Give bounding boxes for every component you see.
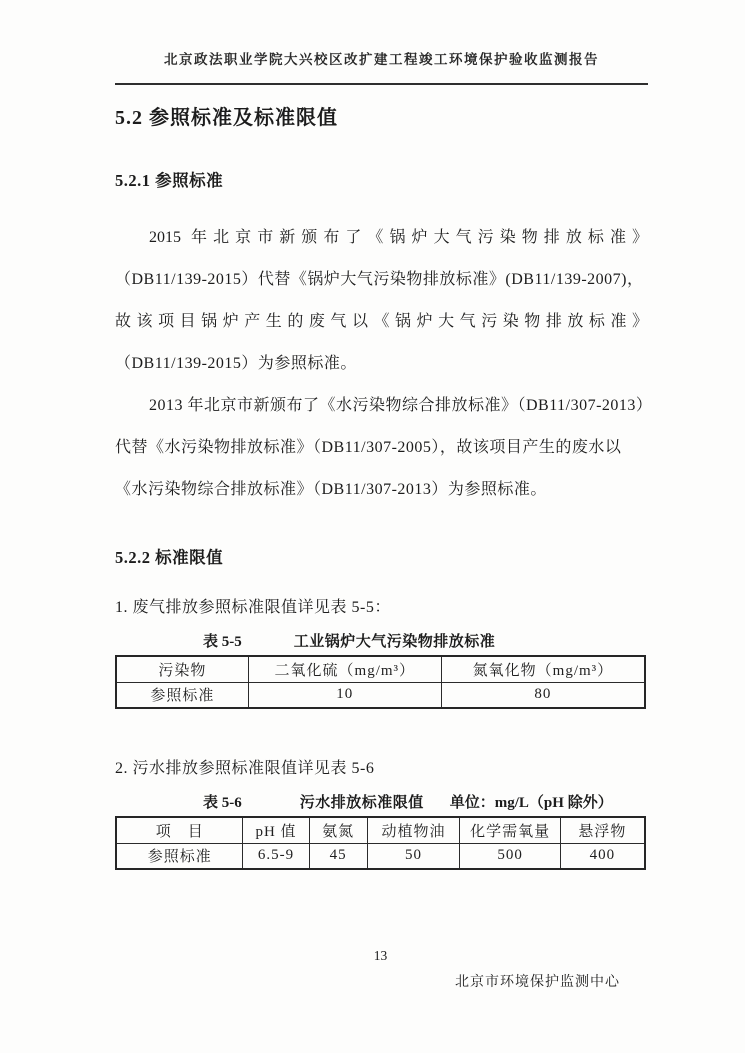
table-cell: 80 [441, 682, 645, 708]
table-cell: 参照标准 [116, 843, 243, 869]
table-row: 污染物 二氧化硫（mg/m³） 氮氧化物（mg/m³） [116, 656, 645, 682]
section-5-2-1-heading: 5.2.1 参照标准 [115, 167, 648, 191]
table-cell: 500 [460, 843, 561, 869]
table-5-5-caption: 表 5-5 工业锅炉大气污染物排放标准 [115, 630, 648, 651]
table-5-6-caption: 表 5-6 污水排放标准限值 单位：mg/L（pH 除外） [115, 791, 648, 812]
paragraph-boiler-standard: 2015 年北京市新颁布了《锅炉大气污染物排放标准》 （DB11/139-201… [115, 217, 648, 385]
table-cell: 10 [248, 682, 441, 708]
paragraph-line: （DB11/139-2015）代替《锅炉大气污染物排放标准》(DB11/139-… [115, 259, 648, 301]
table-header-cell: 化学需氧量 [460, 817, 561, 843]
header-rule [115, 83, 648, 85]
table-cell: 400 [560, 843, 645, 869]
paragraph-line: （DB11/139-2015）为参照标准。 [115, 343, 648, 385]
table-cell: 45 [309, 843, 367, 869]
section-5-2-heading: 5.2 参照标准及标准限值 [115, 101, 648, 130]
section-5-2-2-heading: 5.2.2 标准限值 [115, 544, 648, 568]
table-cell: 6.5-9 [243, 843, 309, 869]
list-item-exhaust: 1. 废气排放参照标准限值详见表 5-5： [115, 594, 648, 617]
table-5-5: 污染物 二氧化硫（mg/m³） 氮氧化物（mg/m³） 参照标准 10 80 [115, 655, 646, 709]
table-cell: 参照标准 [116, 682, 248, 708]
table-header-cell: 悬浮物 [560, 817, 645, 843]
table-header-cell: 污染物 [116, 656, 248, 682]
table-5-5-label: 表 5-5 [203, 630, 242, 651]
table-header-cell: 二氧化硫（mg/m³） [248, 656, 441, 682]
paragraph-line: 代替《水污染物排放标准》（DB11/307-2005），故该项目产生的废水以 [115, 427, 648, 469]
paragraph-line: 2015 年北京市新颁布了《锅炉大气污染物排放标准》 [115, 217, 648, 259]
table-row: 项 目 pH 值 氨氮 动植物油 化学需氧量 悬浮物 [116, 817, 645, 843]
footer-organization: 北京市环境保护监测中心 [115, 971, 620, 991]
table-5-6-title: 污水排放标准限值 [300, 791, 424, 812]
table-row: 参照标准 10 80 [116, 682, 645, 708]
paragraph-line: 故该项目锅炉产生的废气以《锅炉大气污染物排放标准》 [115, 301, 648, 343]
table-row: 参照标准 6.5-9 45 50 500 400 [116, 843, 645, 869]
table-header-cell: 氨氮 [309, 817, 367, 843]
table-5-6-unit: 单位：mg/L（pH 除外） [450, 791, 613, 812]
document-page: 北京政法职业学院大兴校区改扩建工程竣工环境保护验收监测报告 5.2 参照标准及标… [0, 0, 745, 1053]
header-running-title: 北京政法职业学院大兴校区改扩建工程竣工环境保护验收监测报告 [115, 48, 648, 68]
paragraph-line: 《水污染物综合排放标准》（DB11/307-2013）为参照标准。 [115, 469, 648, 511]
table-header-cell: 动植物油 [367, 817, 460, 843]
paragraph-water-standard: 2013 年北京市新颁布了《水污染物综合排放标准》（DB11/307-2013）… [115, 385, 648, 511]
table-cell: 50 [367, 843, 460, 869]
paragraph-line: 2013 年北京市新颁布了《水污染物综合排放标准》（DB11/307-2013） [115, 385, 648, 427]
table-header-cell: pH 值 [243, 817, 309, 843]
table-5-5-title: 工业锅炉大气污染物排放标准 [294, 630, 496, 651]
table-header-cell: 项 目 [116, 817, 243, 843]
table-5-6-label: 表 5-6 [203, 791, 242, 812]
page-number: 13 [115, 948, 646, 964]
table-5-6: 项 目 pH 值 氨氮 动植物油 化学需氧量 悬浮物 参照标准 6.5-9 45… [115, 816, 646, 870]
list-item-wastewater: 2. 污水排放参照标准限值详见表 5-6 [115, 755, 648, 778]
table-header-cell: 氮氧化物（mg/m³） [441, 656, 645, 682]
